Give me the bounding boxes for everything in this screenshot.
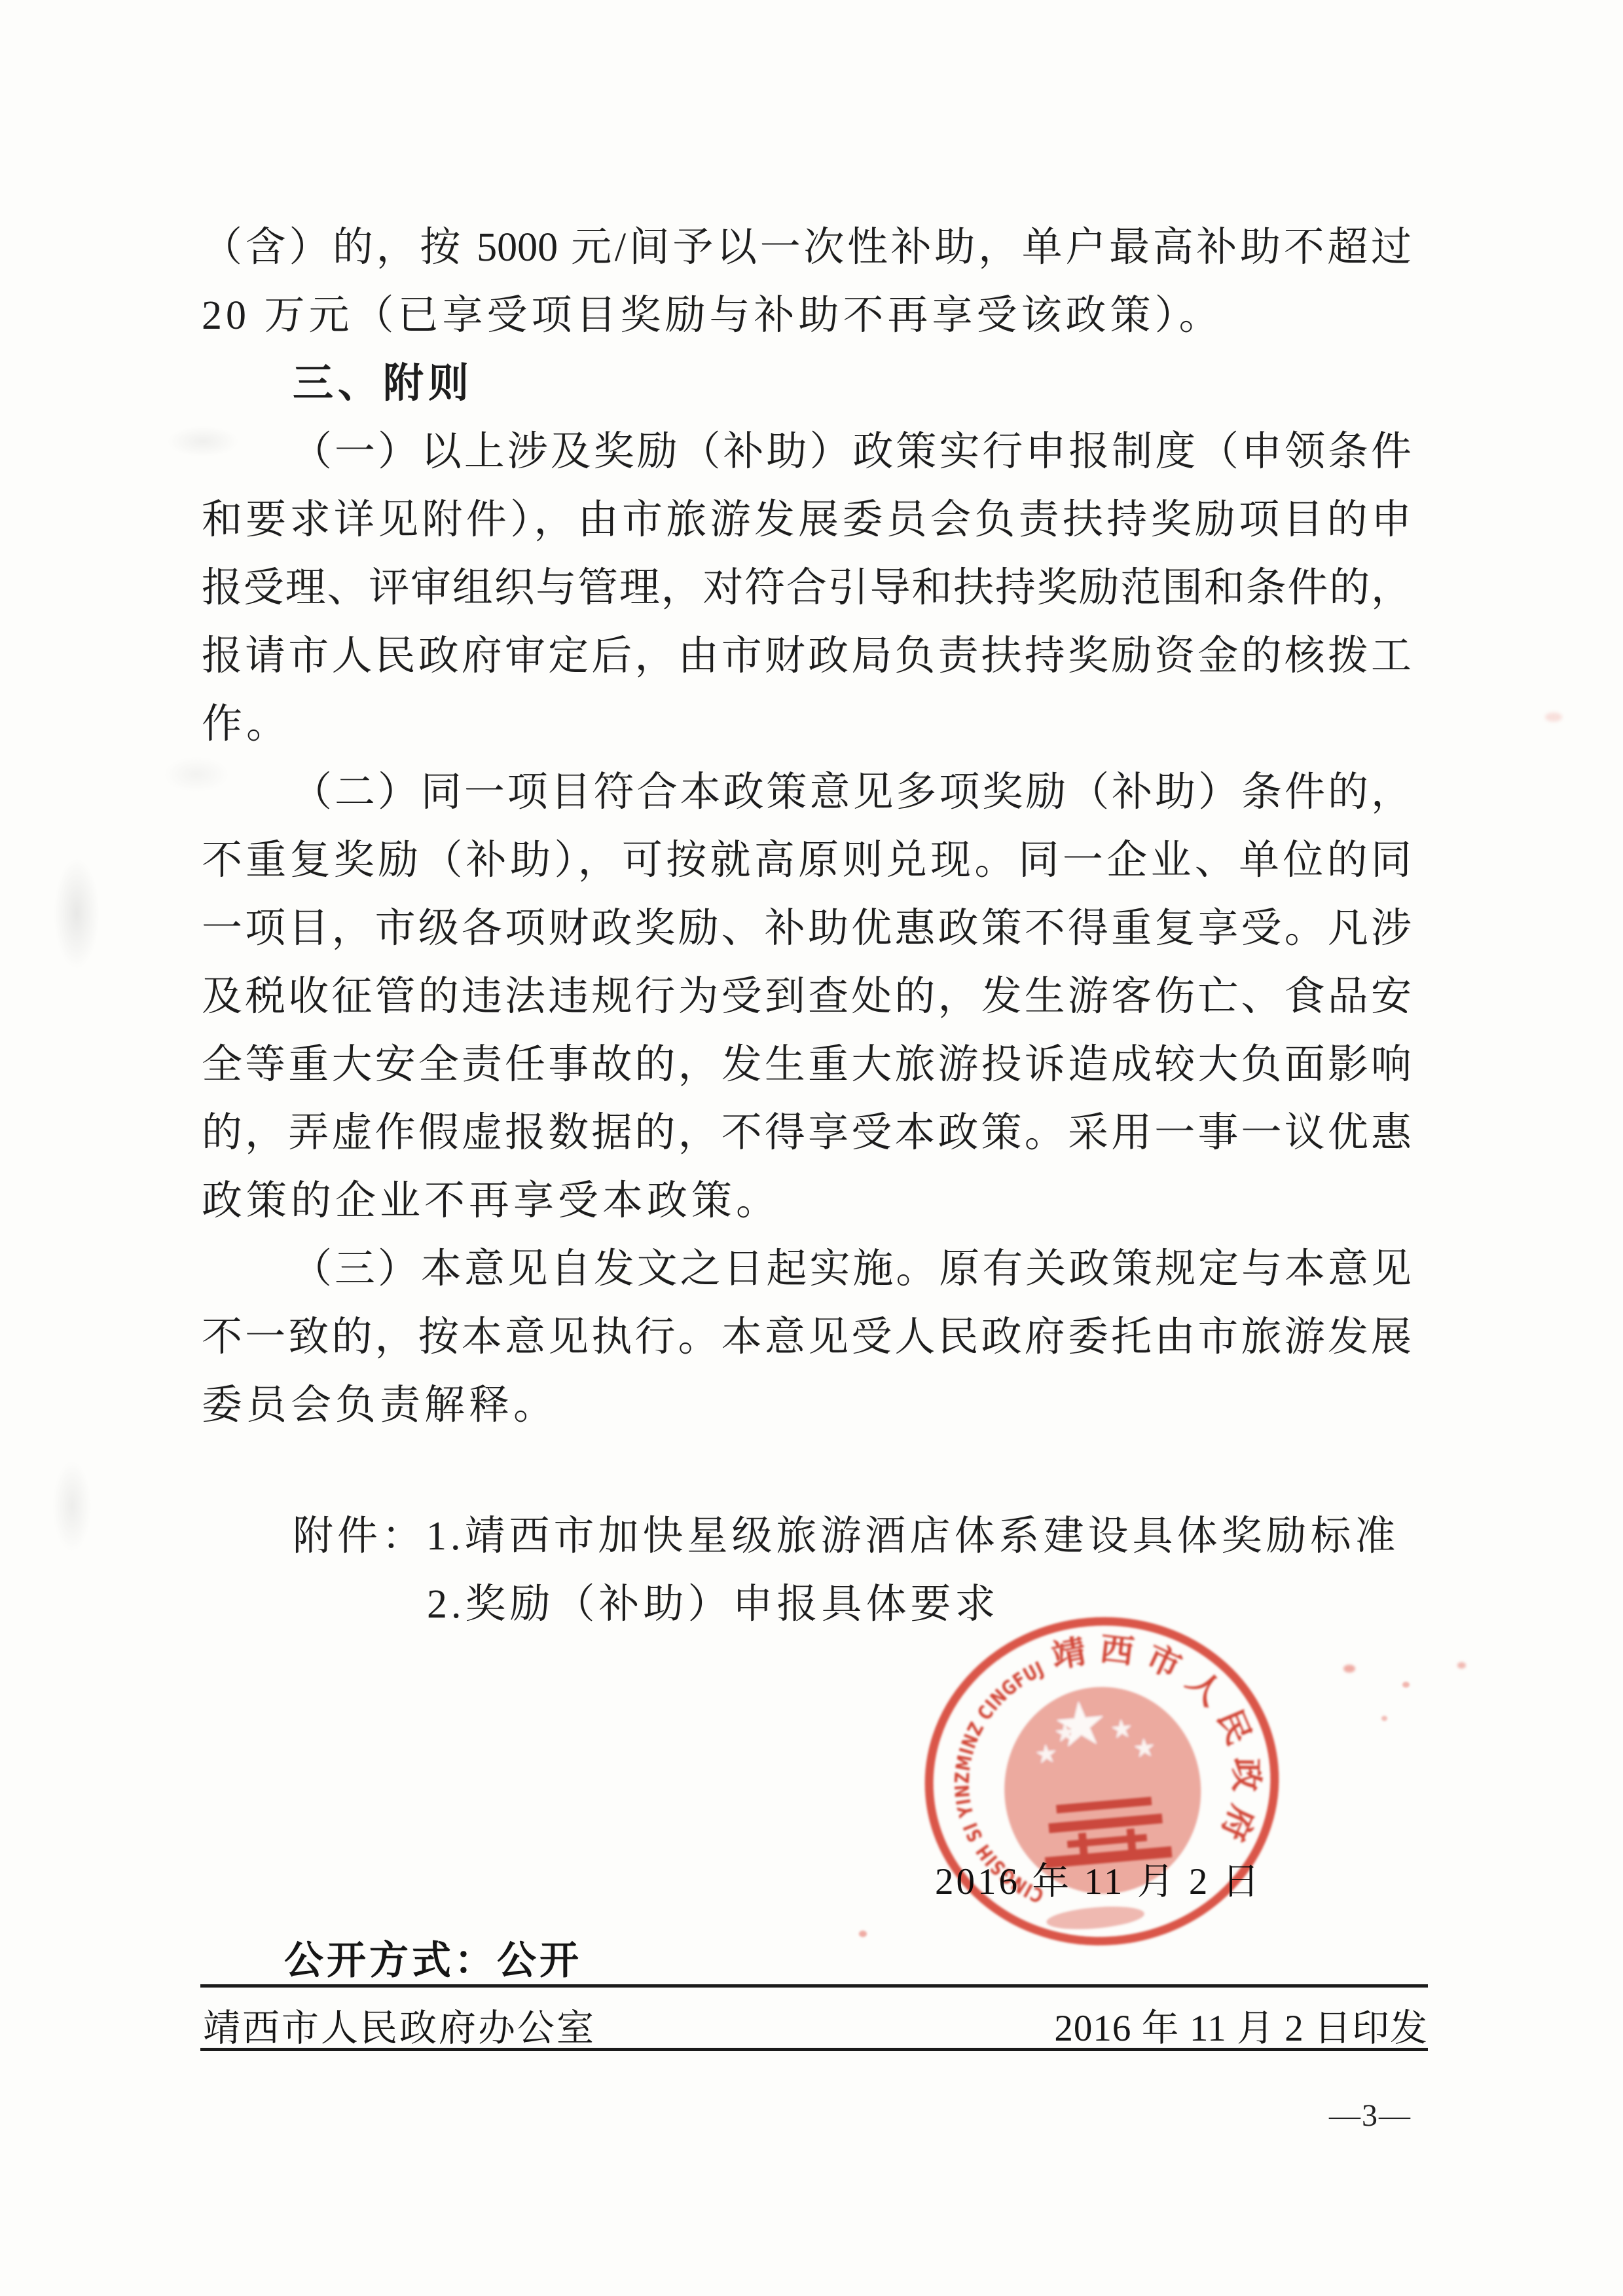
body-line: 及税收征管的违法违规行为受到查处的，发生游客伤亡、食品安 bbox=[202, 963, 1412, 1031]
footer-divider-top bbox=[200, 1984, 1428, 1988]
print-date: 2016 年 11 月 2 日印发 bbox=[200, 2009, 1428, 2049]
ink-speck bbox=[859, 1931, 867, 1937]
attachment-line: 附件：1.靖西市加快星级旅游酒店体系建设具体奖励标准 bbox=[202, 1502, 1412, 1570]
signature-date: 2016 年 11 月 2 日 bbox=[935, 1861, 1262, 1903]
body-text: （含）的，按 5000 元/间予以一次性补助，单户最高补助不超过 20 万元（已… bbox=[202, 213, 1412, 1439]
star-icon: ★ bbox=[1132, 1734, 1157, 1764]
star-icon: ★ bbox=[1053, 1718, 1078, 1748]
ink-speck bbox=[1545, 713, 1562, 722]
ink-speck bbox=[1457, 1662, 1466, 1669]
body-line: 全等重大安全责任事故的，发生重大旅游投诉造成较大负面影响 bbox=[202, 1031, 1412, 1099]
body-line: 政策的企业不再享受本政策。 bbox=[202, 1167, 1412, 1235]
ink-speck bbox=[1343, 1665, 1355, 1673]
scan-smudge bbox=[52, 1460, 92, 1552]
body-line: 20 万元（已享受项目奖励与补助不再享受该政策）。 bbox=[202, 282, 1412, 350]
body-line: 报受理、评审组织与管理，对符合引导和扶持奖励范围和条件的， bbox=[202, 554, 1412, 622]
body-line: 的，弄虚作假虚报数据的，不得享受本政策。采用一事一议优惠 bbox=[202, 1099, 1412, 1167]
body-line: 不一致的，按本意见执行。本意见受人民政府委托由市旅游发展 bbox=[202, 1303, 1412, 1371]
scan-smudge bbox=[54, 858, 100, 969]
seal-ink-smudge bbox=[1046, 1903, 1145, 1933]
star-icon: ★ bbox=[1109, 1715, 1134, 1745]
body-line: （二）同一项目符合本政策意见多项奖励（补助）条件的， bbox=[202, 758, 1412, 826]
ink-speck bbox=[1381, 1716, 1387, 1721]
disclosure-line: 公开方式：公开 bbox=[284, 1939, 582, 1982]
footer-divider-bottom bbox=[200, 2048, 1428, 2051]
body-line: 作。 bbox=[202, 690, 1412, 758]
body-line: 和要求详见附件），由市旅游发展委员会负责扶持奖励项目的申 bbox=[202, 486, 1412, 554]
body-line: 报请市人民政府审定后，由市财政局负责扶持奖励资金的核拨工 bbox=[202, 622, 1412, 690]
ink-speck bbox=[1402, 1682, 1410, 1688]
page-number: —3— bbox=[1329, 2098, 1412, 2134]
body-line: （三）本意见自发文之日起实施。原有关政策规定与本意见 bbox=[202, 1235, 1412, 1303]
body-line: 不重复奖励（补助），可按就高原则兑现。同一企业、单位的同 bbox=[202, 826, 1412, 895]
body-line: （一）以上涉及奖励（补助）政策实行申报制度（申领条件 bbox=[202, 418, 1412, 486]
document-page: （含）的，按 5000 元/间予以一次性补助，单户最高补助不超过 20 万元（已… bbox=[0, 0, 1623, 2296]
body-line: 委员会负责解释。 bbox=[202, 1371, 1412, 1439]
section-heading: 三、附则 bbox=[202, 350, 1412, 418]
body-line: 一项目，市级各项财政奖励、补助优惠政策不得重复享受。凡涉 bbox=[202, 895, 1412, 963]
body-line: （含）的，按 5000 元/间予以一次性补助，单户最高补助不超过 bbox=[202, 213, 1412, 282]
